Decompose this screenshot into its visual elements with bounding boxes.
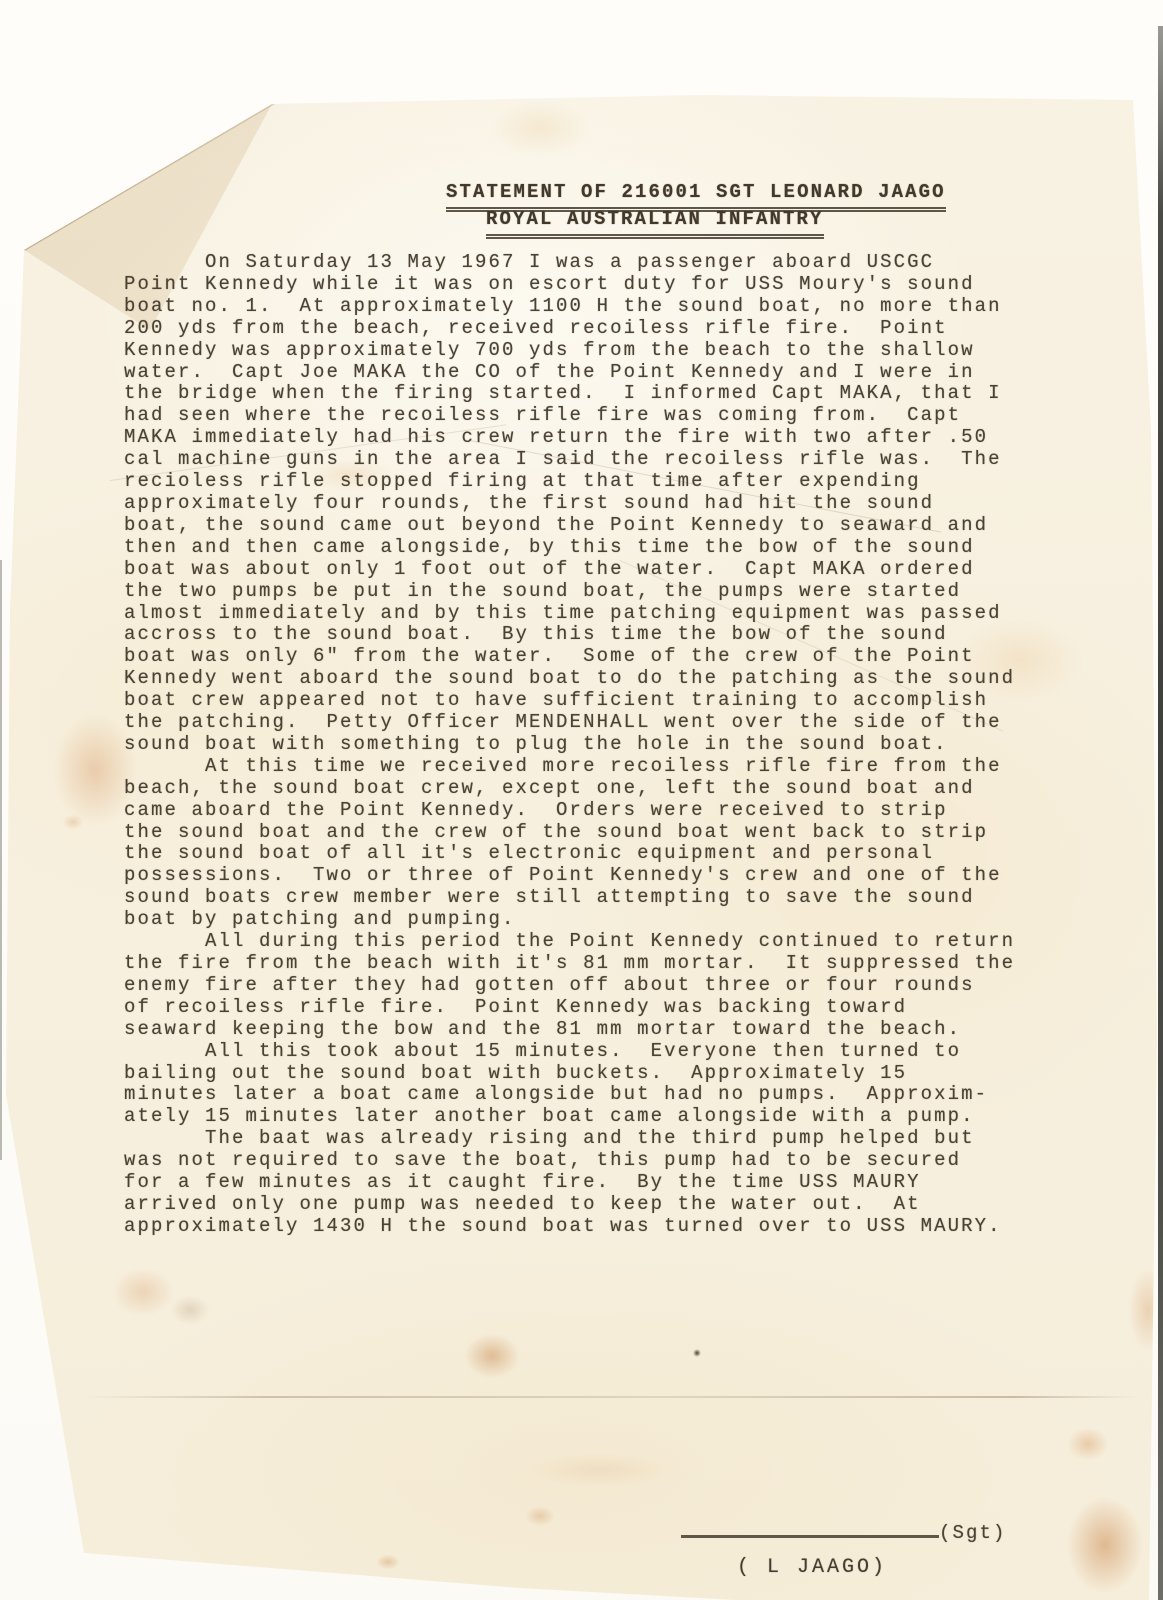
statement-line: Kennedy went aboard the sound boat to do… [124,668,1104,690]
statement-line: sound boats crew member were still attem… [124,887,1104,909]
scanner-edge-shadow-right [1158,26,1163,1600]
statement-line: beach, the sound boat crew, except one, … [124,778,1104,800]
statement-line: The baat was already rising and the thir… [124,1128,1104,1150]
statement-line: recioless rifle stopped firing at that t… [124,471,1104,493]
scanned-document-page: STATEMENT OF 216001 SGT LEONARD JAAGO RO… [0,0,1163,1600]
fold-crease-line [24,102,275,250]
statement-line: the two pumps be put in the sound boat, … [124,581,1104,603]
statement-line: approximately 1430 H the sound boat was … [124,1216,1104,1238]
statement-line: bailing out the sound boat with buckets.… [124,1063,1104,1085]
statement-line: had seen where the recoiless rifle fire … [124,405,1104,427]
statement-line: came aboard the Point Kennedy. Orders we… [124,800,1104,822]
signature-row: (Sgt) [681,1516,1007,1546]
statement-line: the sound boat of all it's electronic eq… [124,843,1104,865]
statement-line: At this time we received more recoiless … [124,756,1104,778]
statement-line: ately 15 minutes later another boat came… [124,1106,1104,1128]
statement-line: then and then came alongside, by this ti… [124,537,1104,559]
statement-line: the sound boat and the crew of the sound… [124,822,1104,844]
statement-line: boat was about only 1 foot out of the wa… [124,559,1104,581]
statement-line: All during this period the Point Kennedy… [124,931,1104,953]
statement-line: arrived only one pump was needed to keep… [124,1194,1104,1216]
statement-line: approximately four rounds, the first sou… [124,493,1104,515]
statement-line: cal machine guns in the area I said the … [124,449,1104,471]
statement-line: of recoiless rifle fire. Point Kennedy w… [124,997,1104,1019]
statement-line: boat, the sound came out beyond the Poin… [124,515,1104,537]
signature-name: ( L JAAGO) [737,1556,887,1579]
signature-blank-line [681,1516,939,1538]
statement-line: for a few minutes as it caught fire. By … [124,1172,1104,1194]
paper-crease [80,1396,1140,1398]
statement-line: boat crew appeared not to have sufficien… [124,690,1104,712]
paper-sheet: STATEMENT OF 216001 SGT LEONARD JAAGO RO… [0,0,1163,1600]
statement-line: On Saturday 13 May 1967 I was a passenge… [124,252,1104,274]
statement-line: 200 yds from the beach, received recoile… [124,318,1104,340]
statement-line: enemy fire after they had gotten off abo… [124,975,1104,997]
statement-line: accross to the sound boat. By this time … [124,624,1104,646]
statement-line: the patching. Petty Officer MENDENHALL w… [124,712,1104,734]
signature-rank-label: (Sgt) [939,1522,1007,1544]
statement-line: minutes later a boat came alongside but … [124,1084,1104,1106]
statement-line: sound boat with something to plug the ho… [124,734,1104,756]
statement-line: the fire from the beach with it's 81 mm … [124,953,1104,975]
statement-line: MAKA immediately had his crew return the… [124,427,1104,449]
title-line-2-text: ROYAL AUSTRALIAN INFANTRY [486,206,824,239]
statement-line: was not required to save the boat, this … [124,1150,1104,1172]
statement-line: boat no. 1. At approximately 1100 H the … [124,296,1104,318]
statement-line: boat was only 6" from the water. Some of… [124,646,1104,668]
statement-line: Point Kennedy while it was on escort dut… [124,274,1104,296]
statement-line: the bridge when the firing started. I in… [124,383,1104,405]
statement-line: seaward keeping the bow and the 81 mm mo… [124,1019,1104,1041]
statement-line: Kennedy was approximately 700 yds from t… [124,340,1104,362]
statement-line: boat by patching and pumping. [124,909,1104,931]
statement-line: water. Capt Joe MAKA the CO of the Point… [124,362,1104,384]
statement-line: almost immediately and by this time patc… [124,603,1104,625]
statement-line: possessions. Two or three of Point Kenne… [124,865,1104,887]
statement-line: All this took about 15 minutes. Everyone… [124,1041,1104,1063]
statement-body: On Saturday 13 May 1967 I was a passenge… [124,252,1104,1238]
scanner-edge-shadow-left [0,560,2,1160]
